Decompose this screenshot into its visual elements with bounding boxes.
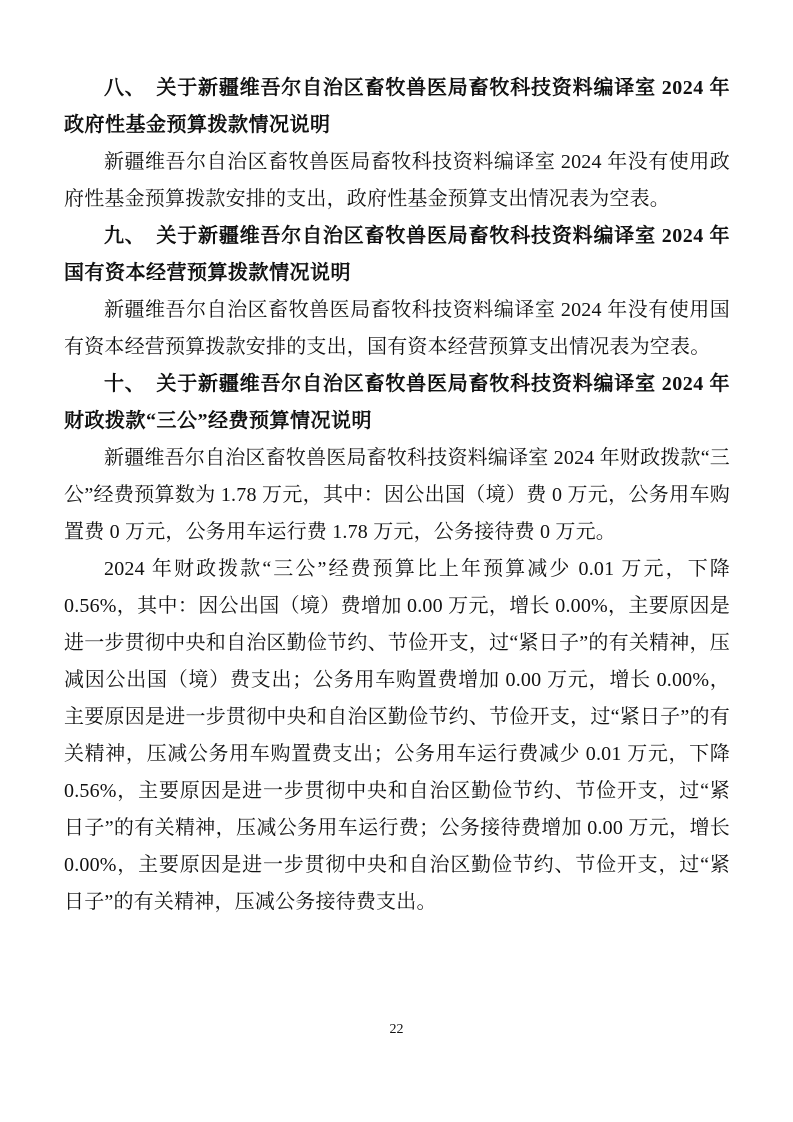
section-heading-8: 八、 关于新疆维吾尔自治区畜牧兽医局畜牧科技资料编译室 2024 年政府性基金预… <box>64 70 730 144</box>
page-number: 22 <box>0 1020 793 1040</box>
section-8-paragraph-1: 新疆维吾尔自治区畜牧兽医局畜牧科技资料编译室 2024 年没有使用政府性基金预算… <box>64 144 730 218</box>
document-content: 八、 关于新疆维吾尔自治区畜牧兽医局畜牧科技资料编译室 2024 年政府性基金预… <box>64 70 730 921</box>
section-9-paragraph-1: 新疆维吾尔自治区畜牧兽医局畜牧科技资料编译室 2024 年没有使用国有资本经营预… <box>64 292 730 366</box>
section-10-paragraph-1: 新疆维吾尔自治区畜牧兽医局畜牧科技资料编译室 2024 年财政拨款“三公”经费预… <box>64 440 730 551</box>
section-heading-9: 九、 关于新疆维吾尔自治区畜牧兽医局畜牧科技资料编译室 2024 年国有资本经营… <box>64 218 730 292</box>
section-10-paragraph-2: 2024 年财政拨款“三公”经费预算比上年预算减少 0.01 万元，下降 0.5… <box>64 551 730 921</box>
document-page: 八、 关于新疆维吾尔自治区畜牧兽医局畜牧科技资料编译室 2024 年政府性基金预… <box>0 0 793 1122</box>
section-heading-10: 十、 关于新疆维吾尔自治区畜牧兽医局畜牧科技资料编译室 2024 年财政拨款“三… <box>64 366 730 440</box>
